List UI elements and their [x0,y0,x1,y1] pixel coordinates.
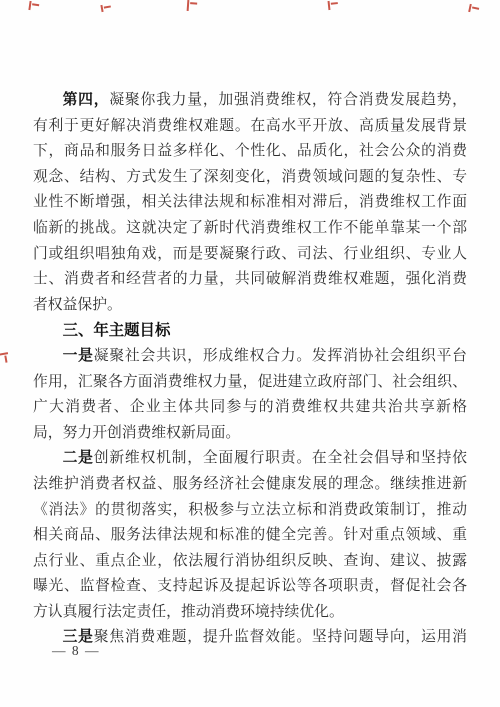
section-heading: 三、年主题目标 [33,318,467,344]
paragraph-lead: 一是 [63,348,94,364]
paragraph-lead: 二是 [63,450,94,466]
text-line: 士、消费者和经营者的力量，共同破解消费维权难题，强化消费 [33,267,467,293]
page-number: — 8 — [52,643,100,659]
text-line: 方认真履行法定责任，推动消费环境持续优化。 [33,600,467,626]
line-text: 聚焦消费难题，提升监督效能。坚持问题导向，运用消 [94,629,467,645]
text-line: 相关商品、服务法律法规和标准的健全完善。针对重点领域、重 [33,523,467,549]
text-line: 门或组织唱独角戏，而是要凝聚行政、司法、行业组织、专业人 [33,242,467,268]
text-line: 业性不断增强，相关法律法规和标准相对滞后，消费维权工作面 [33,190,467,216]
text-line: 曝光、监督检查、支持起诉及提起诉讼等各项职责，督促社会各 [33,574,467,600]
text-line: 一是凝聚社会共识，形成维权合力。发挥消协社会组织平台 [33,344,467,370]
text-line: 广大消费者、企业主体共同参与的消费维权共建共治共享新格 [33,395,467,421]
text-line: 作用，汇聚各方面消费维权力量，促进建立政府部门、社会组织、 [33,370,467,396]
text-line: 《消法》的贯彻落实，积极参与立法立标和消费政策制订，推动 [33,498,467,524]
document-body: 第四，凝聚你我力量，加强消费维权，符合消费发展趋势， 有利于更好解决消费维权难题… [33,88,467,651]
text-line: 有利于更好解决消费维权难题。在高水平开放、高质量发展背景 [33,114,467,140]
text-line: 局，努力开创消费维权新局面。 [33,421,467,447]
red-ink-artifact [187,0,190,11]
line-text: 创新维权机制，全面履行职责。在全社会倡导和坚持依 [94,450,467,466]
text-line: 二是创新维权机制，全面履行职责。在全社会倡导和坚持依 [33,446,467,472]
paragraph-lead: 第四， [63,92,110,108]
text-line: 点行业、重点企业，依法履行消协组织反映、查询、建议、披露 [33,549,467,575]
red-ink-artifact [0,352,8,356]
line-text: 凝聚你我力量，加强消费维权，符合消费发展趋势， [109,92,467,108]
document-page: 第四，凝聚你我力量，加强消费维权，符合消费发展趋势， 有利于更好解决消费维权难题… [0,0,500,707]
red-ink-artifact [468,4,472,12]
text-line: 观念、结构、方式发生了深刻变化，消费领域问题的复杂性、专 [33,165,467,191]
line-text: 凝聚社会共识，形成维权合力。发挥消协社会组织平台 [94,348,467,364]
red-ink-artifact [328,1,331,10]
text-line: 下，商品和服务日益多样化、个性化、品质化，社会公众的消费 [33,139,467,165]
text-line: 第四，凝聚你我力量，加强消费维权，符合消费发展趋势， [33,88,467,114]
red-ink-artifact [100,5,103,12]
text-line: 临新的挑战。这就决定了新时代消费维权工作不能单靠某一个部 [33,216,467,242]
red-ink-artifact [28,1,31,10]
text-line: 法维护消费者权益、服务经济社会健康发展的理念。继续推进新 [33,472,467,498]
text-line: 者权益保护。 [33,293,467,319]
